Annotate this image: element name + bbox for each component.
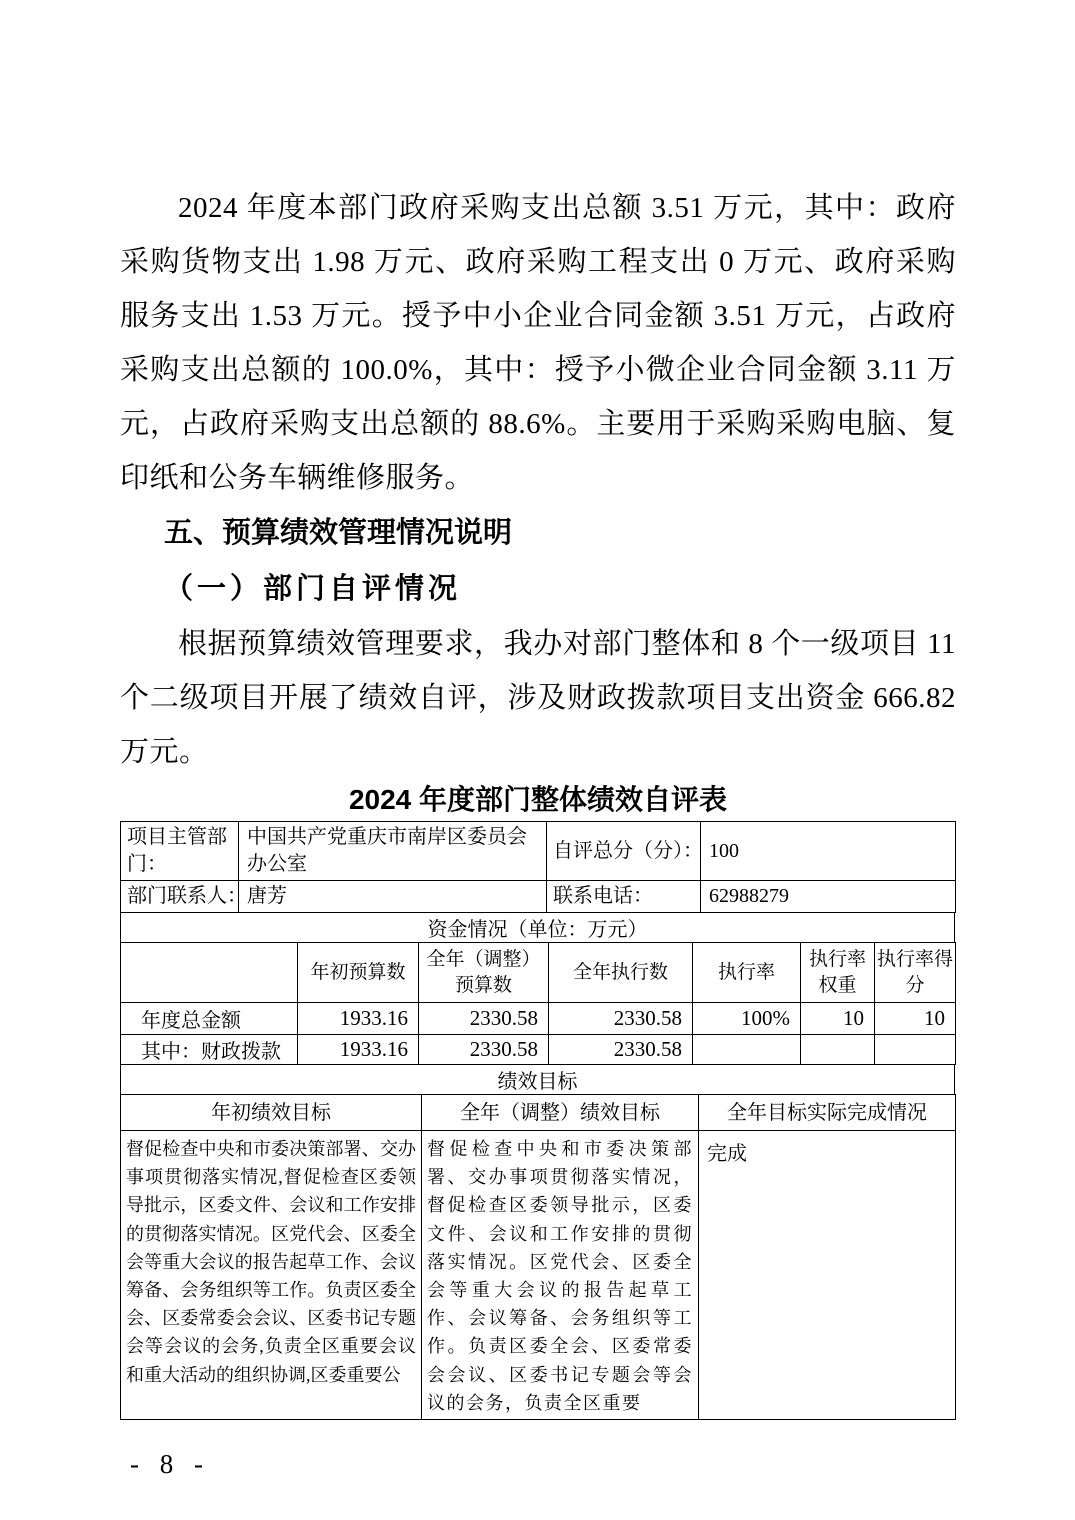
- funds-header-rate-weight: 执行率权重: [801, 943, 875, 1003]
- funds-caption-table: 资金情况（单位：万元）: [120, 912, 955, 943]
- phone-label: 联系电话：: [547, 881, 701, 913]
- row-label: 其中：财政拨款: [121, 1035, 298, 1065]
- cell-adjusted-budget: 2330.58: [419, 1003, 549, 1035]
- funds-header-empty: [121, 943, 298, 1003]
- funds-header-exec-rate: 执行率: [693, 943, 801, 1003]
- cell-rate-score: 10: [875, 1003, 956, 1035]
- goals-header-initial: 年初绩效目标: [121, 1095, 422, 1131]
- table-title: 2024 年度部门整体绩效自评表: [120, 779, 956, 821]
- goals-table: 年初绩效目标 全年（调整）绩效目标 全年目标实际完成情况 督促检查中央和市委决策…: [120, 1094, 956, 1420]
- dept-label: 项目主管部门：: [121, 822, 239, 881]
- cell-executed: 2330.58: [549, 1035, 693, 1065]
- funds-header-row: 年初预算数 全年（调整）预算数 全年执行数 执行率 执行率权重 执行率得分: [121, 943, 956, 1003]
- document-page: 2024 年度本部门政府采购支出总额 3.51 万元，其中：政府采购货物支出 1…: [0, 0, 1075, 1520]
- cell-rate-weight: [801, 1035, 875, 1065]
- funds-caption: 资金情况（单位：万元）: [121, 913, 955, 943]
- self-evaluation-paragraph: 根据预算绩效管理要求，我办对部门整体和 8 个一级项目 11 个二级项目开展了绩…: [120, 617, 956, 779]
- cell-rate-weight: 10: [801, 1003, 875, 1035]
- table-row: 部门联系人： 唐芳 联系电话： 62988279: [121, 881, 956, 913]
- goal-initial-text: 督促检查中央和市委决策部署、交办事项贯彻落实情况,督促检查区委领导批示，区委文件…: [121, 1131, 422, 1420]
- section-heading: 五、预算绩效管理情况说明: [120, 505, 956, 561]
- goals-header-adjusted: 全年（调整）绩效目标: [422, 1095, 699, 1131]
- table-row: 资金情况（单位：万元）: [121, 913, 955, 943]
- document-content: 2024 年度本部门政府采购支出总额 3.51 万元，其中：政府采购货物支出 1…: [120, 181, 956, 1420]
- contact-label: 部门联系人：: [121, 881, 239, 913]
- funds-header-rate-score: 执行率得分: [875, 943, 956, 1003]
- funds-header-executed: 全年执行数: [549, 943, 693, 1003]
- contact-value: 唐芳: [239, 881, 547, 913]
- cell-executed: 2330.58: [549, 1003, 693, 1035]
- funds-fiscal-row: 其中：财政拨款 1933.16 2330.58 2330.58: [121, 1035, 956, 1065]
- goals-content-row: 督促检查中央和市委决策部署、交办事项贯彻落实情况,督促检查区委领导批示，区委文件…: [121, 1131, 956, 1420]
- page-number: - 8 -: [130, 1449, 210, 1480]
- cell-rate-score: [875, 1035, 956, 1065]
- phone-value: 62988279: [701, 881, 956, 913]
- goals-header-row: 年初绩效目标 全年（调整）绩效目标 全年目标实际完成情况: [121, 1095, 956, 1131]
- funds-total-row: 年度总金额 1933.16 2330.58 2330.58 100% 10 10: [121, 1003, 956, 1035]
- goals-caption: 绩效目标: [121, 1065, 955, 1095]
- info-table: 项目主管部门： 中国共产党重庆市南岸区委员会办公室 自评总分（分）： 100 部…: [120, 821, 956, 913]
- funds-header-adjusted-budget: 全年（调整）预算数: [419, 943, 549, 1003]
- score-label: 自评总分（分）：: [547, 822, 701, 881]
- score-value: 100: [701, 822, 956, 881]
- cell-exec-rate: 100%: [693, 1003, 801, 1035]
- procurement-paragraph: 2024 年度本部门政府采购支出总额 3.51 万元，其中：政府采购货物支出 1…: [120, 181, 956, 505]
- sub-heading: （一）部门自评情况: [120, 561, 956, 617]
- goals-caption-table: 绩效目标: [120, 1064, 955, 1095]
- dept-value: 中国共产党重庆市南岸区委员会办公室: [239, 822, 547, 881]
- goals-header-completion: 全年目标实际完成情况: [699, 1095, 956, 1131]
- cell-initial-budget: 1933.16: [298, 1003, 419, 1035]
- table-row: 绩效目标: [121, 1065, 955, 1095]
- goal-adjusted-text: 督促检查中央和市委决策部署、交办事项贯彻落实情况，督促检查区委领导批示，区委文件…: [422, 1131, 699, 1420]
- funds-table: 年初预算数 全年（调整）预算数 全年执行数 执行率 执行率权重 执行率得分 年度…: [120, 942, 956, 1065]
- funds-header-initial-budget: 年初预算数: [298, 943, 419, 1003]
- table-row: 项目主管部门： 中国共产党重庆市南岸区委员会办公室 自评总分（分）： 100: [121, 822, 956, 881]
- goal-completion-text: 完成: [699, 1131, 956, 1420]
- cell-exec-rate: [693, 1035, 801, 1065]
- row-label: 年度总金额: [121, 1003, 298, 1035]
- cell-adjusted-budget: 2330.58: [419, 1035, 549, 1065]
- cell-initial-budget: 1933.16: [298, 1035, 419, 1065]
